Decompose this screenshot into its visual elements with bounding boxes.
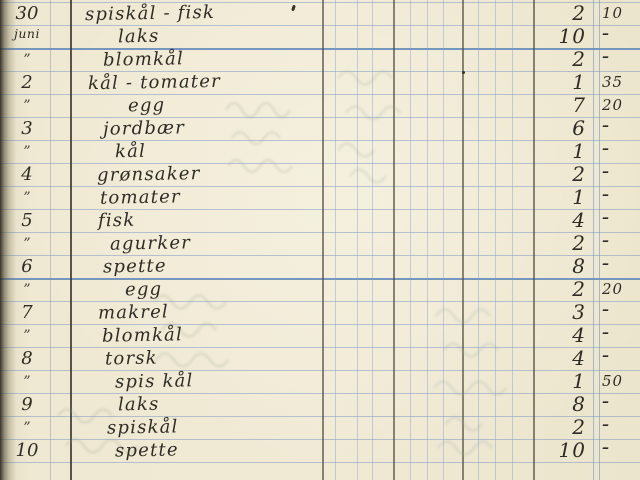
quantity-cell: 2 xyxy=(530,162,586,186)
price-cell: – xyxy=(602,141,638,157)
price-cell: – xyxy=(602,164,638,180)
price-cell: – xyxy=(602,440,638,456)
quantity-cell: 2 xyxy=(530,277,586,301)
quantity-cell: 10 xyxy=(530,24,586,48)
quantity-cell: 2 xyxy=(530,47,586,71)
price-cell: 35 xyxy=(602,73,638,91)
item-cell: spette xyxy=(115,439,179,461)
item-cell: egg xyxy=(125,279,163,301)
item-cell: kål - tomater xyxy=(88,71,221,94)
item-cell: laks xyxy=(118,394,160,416)
item-cell: spis kål xyxy=(115,370,194,392)
price-cell: – xyxy=(602,256,638,272)
ledger-rows: 30spiskål - fisk210junilaks10–”blomkål2–… xyxy=(0,0,640,480)
quantity-cell: 1 xyxy=(530,369,586,393)
item-cell: tomater xyxy=(100,186,181,208)
item-cell: kål xyxy=(115,141,146,163)
item-cell: spiskål xyxy=(107,416,179,438)
item-cell: grønsaker xyxy=(97,163,201,186)
quantity-cell: 4 xyxy=(530,323,586,347)
price-cell: 10 xyxy=(602,4,638,22)
quantity-cell: 2 xyxy=(530,1,586,25)
quantity-cell: 1 xyxy=(530,139,586,163)
item-cell: agurker xyxy=(110,232,191,254)
quantity-cell: 10 xyxy=(530,438,586,462)
quantity-cell: 1 xyxy=(530,185,586,209)
price-cell: – xyxy=(602,187,638,203)
quantity-cell: 4 xyxy=(530,208,586,232)
price-cell: – xyxy=(602,118,638,134)
price-cell: – xyxy=(602,49,638,65)
item-cell: spiskål - fisk xyxy=(85,2,215,25)
quantity-cell: 2 xyxy=(530,415,586,439)
item-cell: blomkål xyxy=(102,324,183,346)
price-cell: – xyxy=(602,417,638,433)
quantity-cell: 8 xyxy=(530,254,586,278)
ink-speck xyxy=(462,71,465,74)
item-cell: laks xyxy=(118,26,160,48)
quantity-cell: 1 xyxy=(530,70,586,94)
item-cell: egg xyxy=(128,95,166,117)
price-cell: 20 xyxy=(602,96,638,114)
price-cell: 20 xyxy=(602,280,638,298)
quantity-cell: 2 xyxy=(530,231,586,255)
book-gutter-shadow xyxy=(0,0,16,480)
quantity-cell: 7 xyxy=(530,93,586,117)
price-cell: – xyxy=(602,325,638,341)
quantity-cell: 6 xyxy=(530,116,586,140)
item-cell: torsk xyxy=(105,348,158,370)
price-cell: – xyxy=(602,210,638,226)
price-cell: – xyxy=(602,233,638,249)
price-cell: – xyxy=(602,26,638,42)
quantity-cell: 4 xyxy=(530,346,586,370)
price-cell: – xyxy=(602,394,638,410)
item-cell: makrel xyxy=(98,301,169,323)
ledger-page: 30spiskål - fisk210junilaks10–”blomkål2–… xyxy=(0,0,640,480)
item-cell: fisk xyxy=(98,210,136,232)
quantity-cell: 3 xyxy=(530,300,586,324)
item-cell: spette xyxy=(103,255,167,277)
item-cell: blomkål xyxy=(103,48,184,70)
price-cell: – xyxy=(602,302,638,318)
price-cell: – xyxy=(602,348,638,364)
item-cell: jordbær xyxy=(103,117,185,139)
quantity-cell: 8 xyxy=(530,392,586,416)
price-cell: 50 xyxy=(602,372,638,390)
